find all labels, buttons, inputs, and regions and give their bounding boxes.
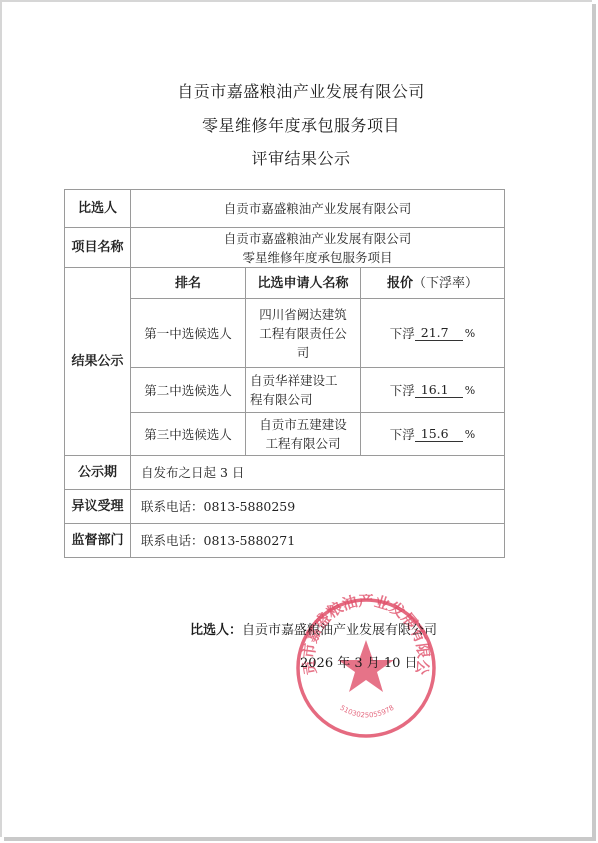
project-value: 自贡市嘉盛粮油产业发展有限公司 零星维修年度承包服务项目 [130,227,505,268]
result-table: 比选人 自贡市嘉盛粮油产业发展有限公司 项目名称 自贡市嘉盛粮油产业发展有限公司… [64,189,505,558]
signer-name: 自贡市嘉盛粮油产业发展有限公司 [242,623,437,638]
col-header-applicant: 比选申请人名称 [245,267,361,299]
price-3-unit: % [465,425,475,444]
applicant-2-line1: 自贡华祥建设工 [250,371,338,390]
result-label: 结果公示 [64,267,131,456]
document-page: 自贡市嘉盛粮油产业发展有限公司 零星维修年度承包服务项目 评审结果公示 比选人 … [0,0,592,837]
rank-2: 第二中选候选人 [130,367,246,413]
period-label: 公示期 [64,455,131,490]
title-project: 零星维修年度承包服务项目 [2,113,598,136]
price-2-rate: 16.1 [415,382,463,398]
period-value: 自发布之日起 3 日 [130,455,505,490]
signer-label: 比选人： [190,623,242,638]
applicant-1: 四川省阙达建筑 工程有限责任公 司 [245,298,361,368]
purchaser-label: 比选人 [64,189,131,228]
title-company: 自贡市嘉盛粮油产业发展有限公司 [2,79,598,102]
title-announcement: 评审结果公示 [2,146,598,169]
applicant-3-line1: 自贡市五建建设 [259,415,347,434]
project-value-line2: 零星维修年度承包服务项目 [242,248,392,267]
applicant-1-line1: 四川省阙达建筑 [259,305,347,324]
applicant-2: 自贡华祥建设工 程有限公司 [245,367,361,413]
applicant-1-line2: 工程有限责任公 [259,324,347,343]
objection-label: 异议受理 [64,489,131,524]
price-1: 下浮21.7% [360,298,505,368]
price-3-rate: 15.6 [415,426,463,442]
project-label: 项目名称 [64,227,131,268]
purchaser-value: 自贡市嘉盛粮油产业发展有限公司 [130,189,505,228]
applicant-3-line2: 工程有限公司 [265,434,340,453]
price-1-prefix: 下浮 [390,324,415,343]
supervision-label: 监督部门 [64,523,131,558]
sign-date: 2026 年 3 月 10 日 [300,652,418,671]
objection-phone: 联系电话：0813-5880259 [130,489,505,524]
applicant-2-line2: 程有限公司 [250,390,313,409]
col-header-price-label: 报价 [387,274,413,293]
price-1-rate: 21.7 [415,325,463,341]
price-2-prefix: 下浮 [390,381,415,400]
project-value-line1: 自贡市嘉盛粮油产业发展有限公司 [224,229,412,248]
col-header-rank: 排名 [130,267,246,299]
col-header-price-note: （下浮率） [413,274,478,293]
price-1-unit: % [465,324,475,343]
signer-line: 比选人：自贡市嘉盛粮油产业发展有限公司 [190,619,437,638]
applicant-1-line3: 司 [297,343,310,362]
rank-3: 第三中选候选人 [130,412,246,456]
svg-text:5103025055978: 5103025055978 [338,704,395,720]
col-header-price: 报价（下浮率） [360,267,505,299]
rank-1: 第一中选候选人 [130,298,246,368]
applicant-3: 自贡市五建建设 工程有限公司 [245,412,361,456]
price-3-prefix: 下浮 [390,425,415,444]
price-2-unit: % [465,381,475,400]
supervision-phone: 联系电话：0813-5880271 [130,523,505,558]
price-2: 下浮16.1% [360,367,505,413]
price-3: 下浮15.6% [360,412,505,456]
